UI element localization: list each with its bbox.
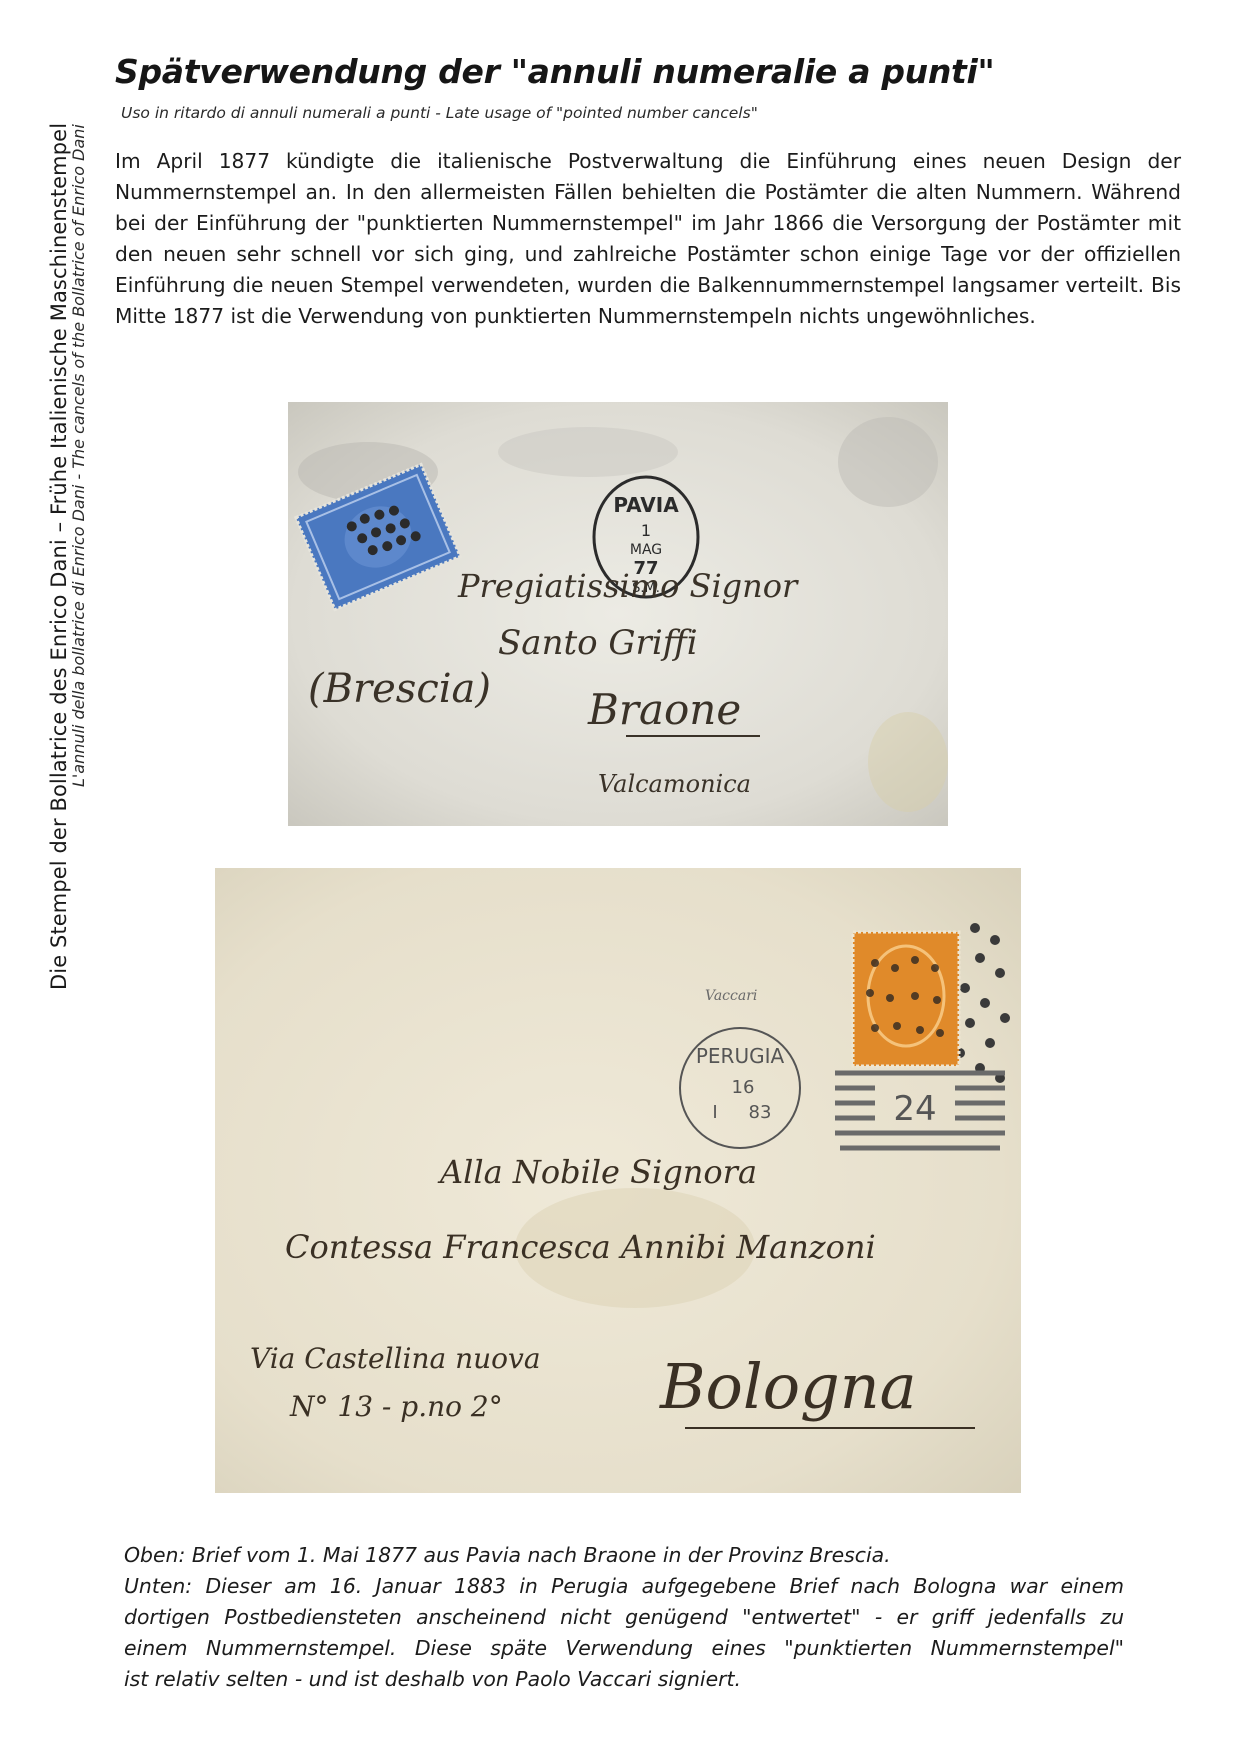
perugia-cover-illustration: Vaccari 24 [215, 868, 1021, 1493]
address-line: N° 13 - p.no 2° [289, 1390, 503, 1423]
body-paragraph: Im April 1877 kündigte die italienische … [115, 146, 1181, 332]
address-line: Valcamonica [598, 770, 751, 798]
address-line: Via Castellina nuova [250, 1342, 541, 1375]
envelope-pavia-image: PAVIA 1 MAG 77 S.M. Pregiatissimo Signor… [288, 402, 948, 826]
caption-line: dortigen Postbediensteten anscheinend ni… [124, 1602, 1124, 1633]
caption-line: Unten: Dieser am 16. Januar 1883 in Peru… [124, 1571, 1124, 1602]
svg-text:PERUGIA: PERUGIA [696, 1044, 785, 1068]
body-text: Im April 1877 kündigte die italienische … [115, 146, 1181, 332]
address-line: Bologna [659, 1350, 917, 1423]
svg-text:83: 83 [749, 1102, 772, 1123]
svg-text:MAG: MAG [630, 542, 662, 558]
page-subtitle: Uso in ritardo di annuli numerali a punt… [121, 104, 758, 122]
expert-signature: Vaccari [705, 988, 757, 1004]
address-line: Alla Nobile Signora [437, 1153, 757, 1191]
svg-text:16: 16 [732, 1077, 755, 1098]
orange-stamp [853, 932, 959, 1066]
address-line: Pregiatissimo Signor [457, 567, 799, 605]
sidebar-series-title: Die Stempel der Bollatrice des Enrico Da… [47, 123, 71, 990]
side-note: (Brescia) [308, 666, 491, 712]
svg-text:1: 1 [641, 521, 651, 540]
svg-text:24: 24 [893, 1089, 936, 1129]
page-title: Spätverwendung der "annuli numeralie a p… [115, 52, 994, 91]
address-line: Braone [587, 685, 741, 734]
sidebar: Die Stempel der Bollatrice des Enrico Da… [0, 0, 100, 1754]
svg-text:I: I [712, 1102, 717, 1123]
envelope-perugia-image: Vaccari 24 [215, 868, 1021, 1493]
caption-line: einem Nummernstempel. Diese späte Verwen… [124, 1633, 1124, 1664]
figure-caption: Oben: Brief vom 1. Mai 1877 aus Pavia na… [124, 1540, 1124, 1695]
address-line: Santo Griffi [498, 623, 698, 663]
caption-line: Oben: Brief vom 1. Mai 1877 aus Pavia na… [124, 1540, 1124, 1571]
svg-text:PAVIA: PAVIA [613, 493, 679, 517]
caption-line: ist relativ selten - und ist deshalb von… [124, 1664, 1124, 1695]
sidebar-series-subtitle: L'annuli della bollatrice di Enrico Dani… [69, 124, 88, 787]
address-line: Contessa Francesca Annibi Manzoni [285, 1228, 876, 1266]
pavia-cover-illustration: PAVIA 1 MAG 77 S.M. Pregiatissimo Signor… [288, 402, 948, 826]
